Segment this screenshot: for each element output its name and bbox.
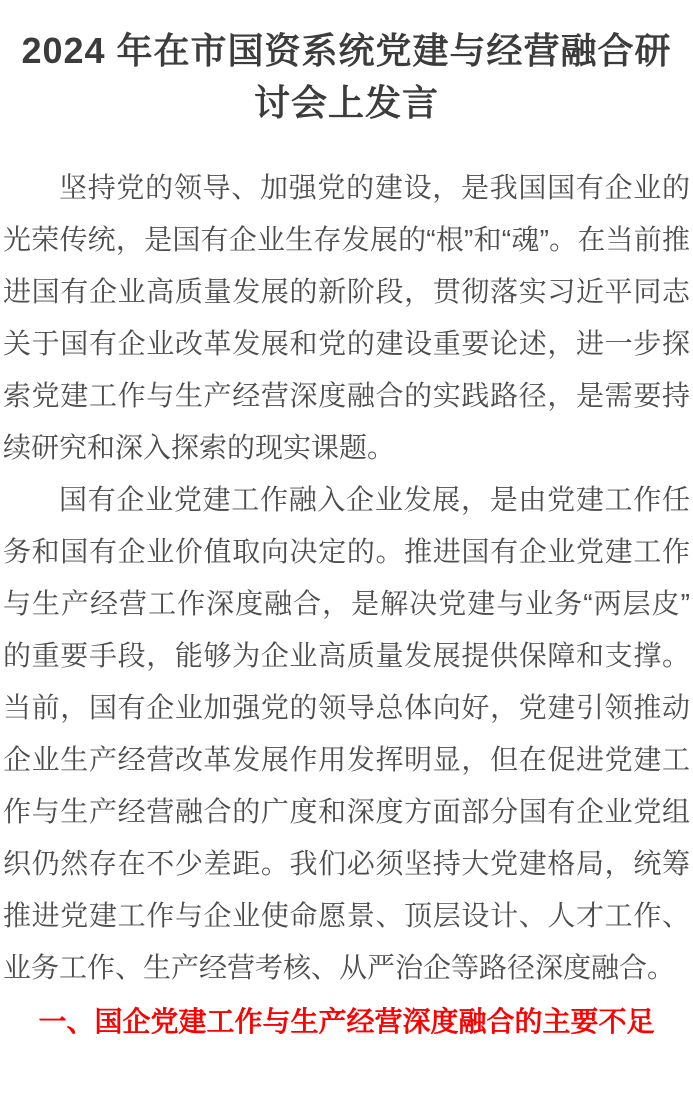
document-title: 2024 年在市国资系统党建与经营融合研讨会上发言: [3, 25, 690, 129]
paragraph-body: 国有企业党建工作融入企业发展，是由党建工作任务和国有企业价值取向决定的。推进国有…: [3, 474, 690, 994]
section-heading-1: 一、国企党建工作与生产经营深度融合的主要不足: [3, 996, 690, 1048]
paragraph-intro: 坚持党的领导、加强党的建设，是我国国有企业的光荣传统，是国有企业生存发展的“根”…: [3, 162, 690, 474]
document-page: 2024 年在市国资系统党建与经营融合研讨会上发言 坚持党的领导、加强党的建设，…: [0, 0, 693, 1097]
